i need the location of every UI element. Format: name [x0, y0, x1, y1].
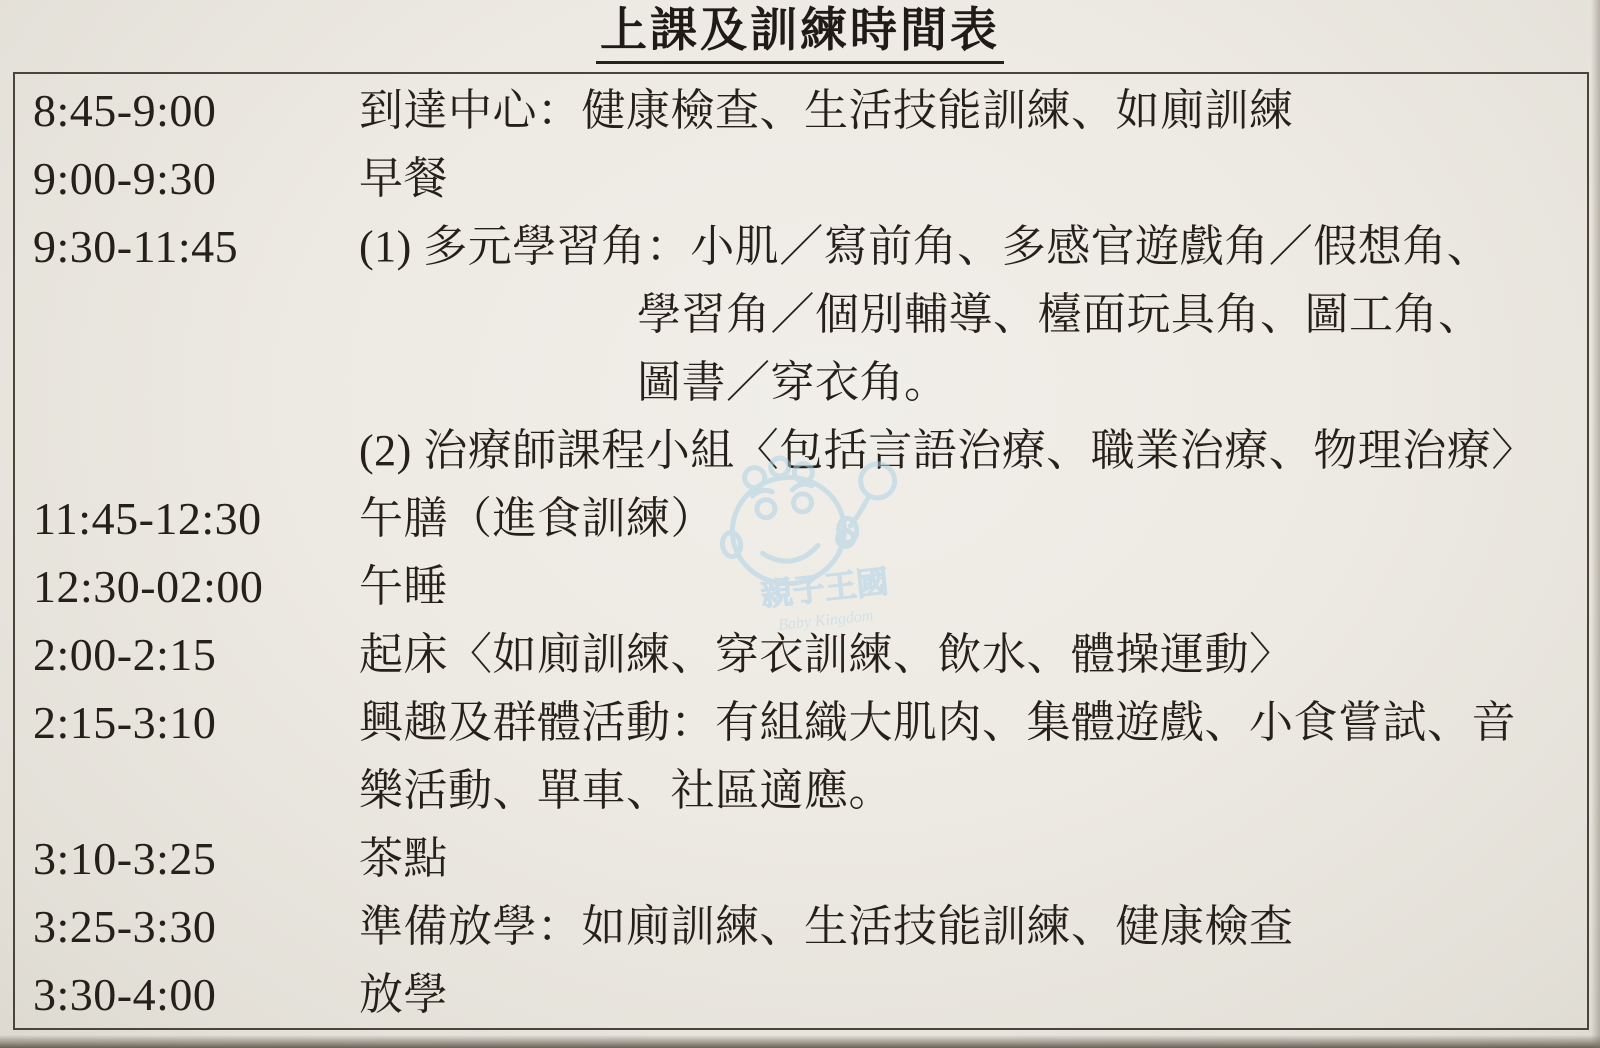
table-row: 11:45-12:30 午膳（進食訓練） — [15, 485, 1587, 553]
activity-cell: 午膳（進食訓練） — [359, 485, 1587, 553]
table-row: 3:25-3:30 準備放學：如廁訓練、生活技能訓練、健康檢查 — [15, 893, 1587, 961]
time-cell: 11:45-12:30 — [15, 485, 359, 553]
activity-cell: 午睡 — [359, 553, 1587, 621]
activity-text: 茶點 — [359, 825, 1587, 893]
activity-text: 樂活動、單車、社區適應。 — [359, 757, 1587, 825]
activity-cell: 準備放學：如廁訓練、生活技能訓練、健康檢查 — [359, 893, 1587, 961]
table-row: 8:45-9:00 到達中心：健康檢查、生活技能訓練、如廁訓練 — [15, 77, 1587, 145]
activity-text: 午膳（進食訓練） — [359, 485, 1587, 553]
activity-cell: 放學 — [359, 961, 1587, 1029]
table-row: 2:00-2:15 起床〈如廁訓練、穿衣訓練、飲水、體操運動〉 — [15, 621, 1587, 689]
table-row: 9:30-11:45 (1) 多元學習角：小肌／寫前角、多感官遊戲角／假想角、 … — [15, 213, 1587, 485]
photo-right-edge — [1591, 0, 1600, 1048]
activity-cell: 到達中心：健康檢查、生活技能訓練、如廁訓練 — [359, 77, 1587, 145]
table-row: 3:10-3:25 茶點 — [15, 825, 1587, 893]
activity-text: 準備放學：如廁訓練、生活技能訓練、健康檢查 — [359, 893, 1587, 961]
time-cell: 3:25-3:30 — [15, 893, 359, 961]
table-row: 9:00-9:30 早餐 — [15, 145, 1587, 213]
time-cell: 3:30-4:00 — [15, 961, 359, 1029]
timetable: 8:45-9:00 到達中心：健康檢查、生活技能訓練、如廁訓練 9:00-9:3… — [13, 72, 1589, 1030]
photo-background: 上課及訓練時間表 8:45-9:00 到達中心：健康檢查、生活技能訓練、如廁訓練… — [0, 0, 1600, 1048]
time-cell: 2:15-3:10 — [15, 689, 359, 757]
activity-text: 午睡 — [359, 553, 1587, 621]
activity-text: 起床〈如廁訓練、穿衣訓練、飲水、體操運動〉 — [359, 621, 1587, 689]
activity-text: 到達中心：健康檢查、生活技能訓練、如廁訓練 — [359, 77, 1587, 145]
activity-text: 學習角／個別輔導、檯面玩具角、圖工角、 — [359, 281, 1587, 349]
time-cell: 12:30-02:00 — [15, 553, 359, 621]
activity-text: 早餐 — [359, 145, 1587, 213]
photo-bottom-edge — [0, 1035, 1600, 1048]
activity-text: (1) 多元學習角：小肌／寫前角、多感官遊戲角／假想角、 — [359, 213, 1587, 281]
time-cell: 2:00-2:15 — [15, 621, 359, 689]
activity-text: (2) 治療師課程小組〈包括言語治療、職業治療、物理治療〉 — [359, 417, 1587, 485]
activity-cell: 起床〈如廁訓練、穿衣訓練、飲水、體操運動〉 — [359, 621, 1587, 689]
activity-text: 興趣及群體活動：有組織大肌肉、集體遊戲、小食嘗試、音 — [359, 689, 1587, 757]
title-area: 上課及訓練時間表 — [0, 4, 1600, 64]
activity-cell: 茶點 — [359, 825, 1587, 893]
activity-cell: (1) 多元學習角：小肌／寫前角、多感官遊戲角／假想角、 學習角／個別輔導、檯面… — [359, 213, 1587, 485]
activity-text: 圖書／穿衣角。 — [359, 349, 1587, 417]
activity-text: 放學 — [359, 961, 1587, 1029]
table-row: 12:30-02:00 午睡 — [15, 553, 1587, 621]
table-row: 2:15-3:10 興趣及群體活動：有組織大肌肉、集體遊戲、小食嘗試、音 樂活動… — [15, 689, 1587, 825]
time-cell: 9:30-11:45 — [15, 213, 359, 281]
time-cell: 9:00-9:30 — [15, 145, 359, 213]
activity-cell: 早餐 — [359, 145, 1587, 213]
time-cell: 3:10-3:25 — [15, 825, 359, 893]
table-row: 3:30-4:00 放學 — [15, 961, 1587, 1029]
activity-cell: 興趣及群體活動：有組織大肌肉、集體遊戲、小食嘗試、音 樂活動、單車、社區適應。 — [359, 689, 1587, 825]
time-cell: 8:45-9:00 — [15, 77, 359, 145]
page-title: 上課及訓練時間表 — [596, 4, 1004, 64]
